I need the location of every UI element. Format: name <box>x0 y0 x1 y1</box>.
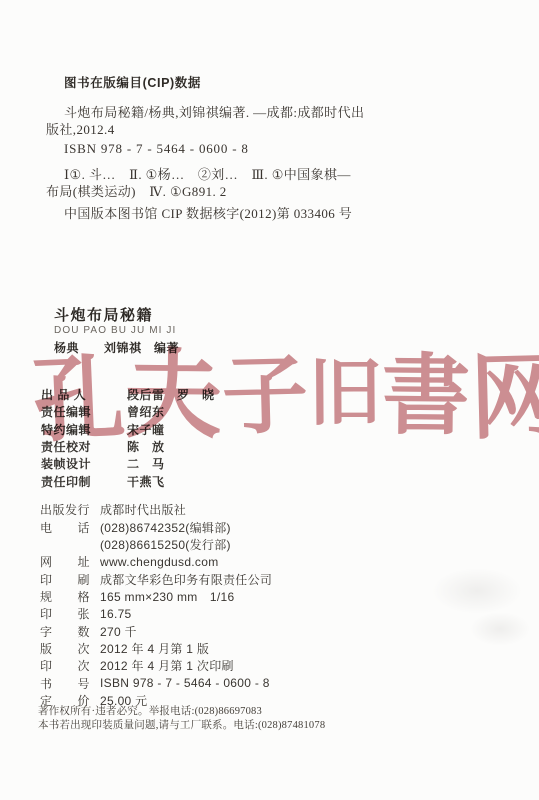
staff-row: 特约编辑 宋子曈 <box>41 421 215 438</box>
copyright-notice: 著作权所有·违者必究。举报电话:(028)86697083 <box>38 703 262 718</box>
imprint-row: 书 号 ISBN 978 - 7 - 5464 - 0600 - 8 <box>40 674 272 691</box>
imprint-label: 印 张 <box>40 605 90 622</box>
imprint-label: 印 次 <box>40 657 90 674</box>
watermark-char: 子 <box>221 352 309 440</box>
scan-smudge <box>432 568 522 614</box>
staff-row: 出 品 人 段后雷 罗 晓 <box>41 386 215 403</box>
staff-name: 陈 放 <box>127 438 165 455</box>
staff-role: 装帧设计 <box>41 455 93 472</box>
staff-name: 曾绍东 <box>127 403 165 420</box>
watermark-char: 旧 <box>308 356 383 431</box>
imprint-value: 2012 年 4 月第 1 版 <box>100 640 209 657</box>
imprint-details: 出版发行 成都时代出版社 电 话 (028)86742352(编辑部) (028… <box>40 501 272 709</box>
staff-name: 段后雷 罗 晓 <box>127 386 215 403</box>
imprint-row: 印 刷 成都文华彩色印务有限责任公司 <box>40 570 272 587</box>
staff-row: 责任编辑 曾绍东 <box>41 403 215 420</box>
staff-name: 宋子曈 <box>127 421 165 438</box>
cip-class-line2: 布局(棋类运动) Ⅳ. ①G891. 2 <box>46 181 227 200</box>
imprint-row: 印 张 16.75 <box>40 605 272 622</box>
staff-role: 责任印制 <box>41 473 93 490</box>
imprint-value: 16.75 <box>100 607 132 621</box>
imprint-value: (028)86742352(编辑部) <box>100 519 231 536</box>
watermark-char: 書 <box>382 350 471 439</box>
imprint-value: 成都时代出版社 <box>100 501 186 518</box>
book-title-pinyin: DOU PAO BU JU MI JI <box>54 325 176 336</box>
staff-row: 装帧设计 二 马 <box>41 455 215 472</box>
scan-smudge <box>470 612 530 646</box>
imprint-row: 字 数 270 千 <box>40 622 272 639</box>
imprint-row: 规 格 165 mm×230 mm 1/16 <box>40 588 272 605</box>
staff-row: 责任校对 陈 放 <box>41 438 215 455</box>
imprint-row: 出版发行 成都时代出版社 <box>40 501 272 518</box>
imprint-row: 版 次 2012 年 4 月第 1 版 <box>40 640 272 657</box>
imprint-label: 版 次 <box>40 640 90 657</box>
cip-record-line: 中国版本图书馆 CIP 数据核字(2012)第 033406 号 <box>64 203 352 222</box>
print-quality-notice: 本书若出现印装质量问题,请与工厂联系。电话:(028)87481078 <box>38 717 325 732</box>
imprint-label: 书 号 <box>40 675 90 692</box>
imprint-value: 270 千 <box>100 623 137 640</box>
imprint-label: 电 话 <box>40 519 90 536</box>
staff-name: 二 马 <box>127 455 165 472</box>
imprint-label: 字 数 <box>40 623 90 640</box>
imprint-row: 印 次 2012 年 4 月第 1 次印刷 <box>40 657 272 674</box>
book-authors: 杨典 刘锦祺 编著 <box>54 339 179 356</box>
imprint-value: www.chengdusd.com <box>100 555 219 569</box>
staff-role: 出 品 人 <box>41 386 93 403</box>
imprint-value: ISBN 978 - 7 - 5464 - 0600 - 8 <box>100 676 270 690</box>
book-title: 斗炮布局秘籍 <box>54 304 153 325</box>
imprint-value: 成都文华彩色印务有限责任公司 <box>100 571 272 588</box>
cip-entry-line2: 版社,2012.4 <box>46 119 115 138</box>
imprint-row: (028)86615250(发行部) <box>40 536 272 553</box>
staff-role: 责任校对 <box>41 438 93 455</box>
imprint-value: 2012 年 4 月第 1 次印刷 <box>100 657 234 674</box>
imprint-row: 网 址 www.chengdusd.com <box>40 553 272 570</box>
staff-row: 责任印制 干燕飞 <box>41 472 215 489</box>
staff-credits: 出 品 人 段后雷 罗 晓 责任编辑 曾绍东 特约编辑 宋子曈 责任校对 陈 放… <box>41 386 215 490</box>
imprint-label: 规 格 <box>40 588 90 605</box>
staff-role: 责任编辑 <box>41 403 93 420</box>
cip-isbn-line: ISBN 978 - 7 - 5464 - 0600 - 8 <box>64 141 249 157</box>
imprint-label: 网 址 <box>40 553 90 570</box>
imprint-value: 165 mm×230 mm 1/16 <box>100 588 234 605</box>
cip-header: 图书在版编目(CIP)数据 <box>64 73 201 91</box>
staff-name: 干燕飞 <box>127 473 165 490</box>
imprint-label: 印 刷 <box>40 571 90 588</box>
imprint-label: 出版发行 <box>40 501 90 518</box>
imprint-value: (028)86615250(发行部) <box>100 536 231 553</box>
copyright-page: 图书在版编目(CIP)数据 斗炮布局秘籍/杨典,刘锦祺编著. —成都:成都时代出… <box>0 0 539 800</box>
staff-role: 特约编辑 <box>41 421 93 438</box>
imprint-row: 电 话 (028)86742352(编辑部) <box>40 518 272 535</box>
watermark-char: 网 <box>469 349 539 444</box>
